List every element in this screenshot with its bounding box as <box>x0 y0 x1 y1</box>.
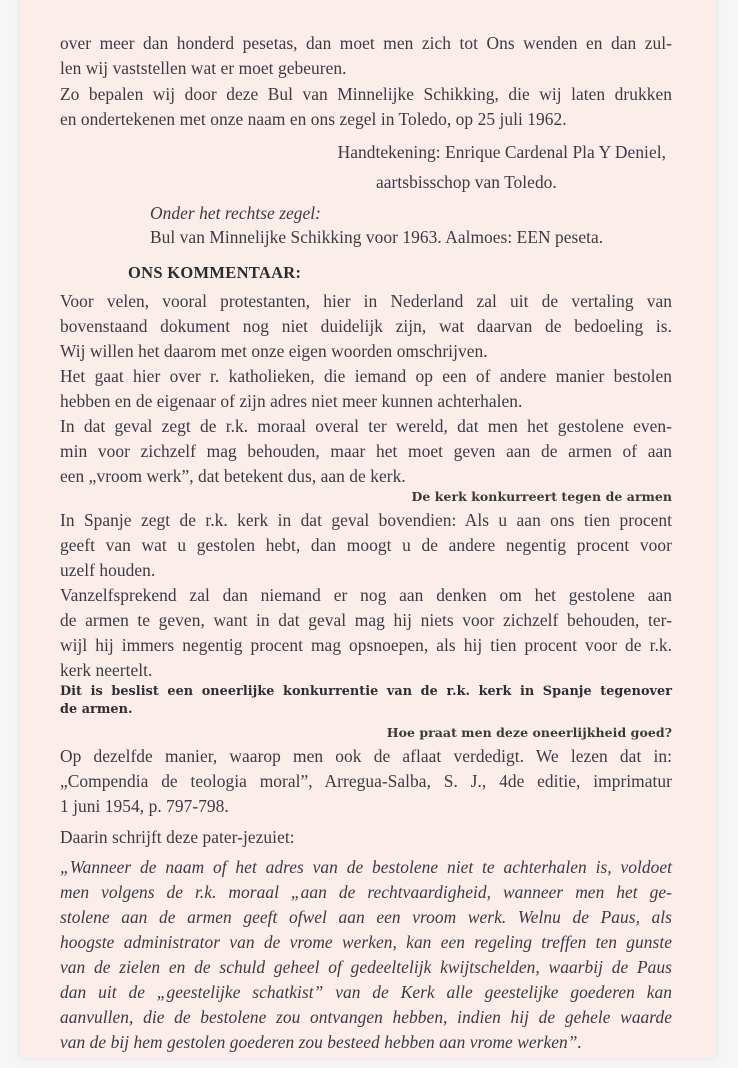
quote-line-1: „Wanneer de naam of het adres van de bes… <box>60 856 672 878</box>
quote-line-2: men volgens de r.k. moraal „aan de recht… <box>60 881 672 903</box>
section1-line-3: uzelf houden. <box>60 559 672 581</box>
commentary-line-1: Voor velen, vooral protestanten, hier in… <box>60 290 672 312</box>
section1-line-5: de armen te geven, want in dat geval mag… <box>60 609 672 631</box>
opening-line-4: en ondertekenen met onze naam en ons zeg… <box>60 108 672 130</box>
quote-line-8: van de bij hem gestolen goederen zou bes… <box>60 1031 672 1053</box>
section2-line-3: 1 juni 1954, p. 797-798. <box>60 795 672 817</box>
commentary-line-6: In dat geval zegt de r.k. moraal overal … <box>60 415 672 437</box>
seal-text: Bul van Minnelijke Schikking voor 1963. … <box>150 226 667 248</box>
commentary-line-8: een „vroom werk”, dat betekent dus, aan … <box>60 465 672 487</box>
commentary-line-2: bovenstaand dokument nog niet duidelijk … <box>60 315 672 337</box>
opening-line-3: Zo bepalen wij door deze Bul van Minneli… <box>60 83 672 105</box>
section2-line-1: Op dezelfde manier, waarop men ook de af… <box>60 745 672 767</box>
section1-line-1: In Spanje zegt de r.k. kerk in dat geval… <box>60 509 672 531</box>
section1-line-7: kerk neertelt. <box>60 659 672 681</box>
document-page: over meer dan honderd pesetas, dan moet … <box>20 0 716 1058</box>
quote-line-3: stolene aan de armen geeft ofwel aan een… <box>60 906 672 928</box>
quote-intro: Daarin schrijft deze pater-jezuiet: <box>60 826 672 848</box>
opening-line-2: len wij vaststellen wat er moet gebeuren… <box>60 57 672 79</box>
quote-line-4: hoogste administrator van de vrome werke… <box>60 931 672 953</box>
section1-line-2: geeft van wat u gestolen hebt, dan moogt… <box>60 534 672 556</box>
signature-line-1: Handtekening: Enrique Cardenal Pla Y Den… <box>60 141 666 163</box>
section2-line-2: „Compendia de teologia moral”, Arregua-S… <box>60 770 672 792</box>
opening-line-1: over meer dan honderd pesetas, dan moet … <box>60 32 672 54</box>
bold-statement-line-2: de armen. <box>60 699 672 721</box>
commentary-line-5: hebben en de eigenaar of zijn adres niet… <box>60 390 672 412</box>
signature-line-2: aartsbisschop van Toledo. <box>376 171 636 193</box>
quote-line-5: van de zielen en de schuld geheel of ged… <box>60 956 672 978</box>
section1-line-4: Vanzelfsprekend zal dan niemand er nog a… <box>60 584 672 606</box>
quote-line-6: dan uit de „geestelijke schatkist” van d… <box>60 981 672 1003</box>
subheading-church-competes: De kerk konkurreert tegen de armen <box>60 486 672 508</box>
commentary-line-7: min voor zichzelf mag behouden, maar het… <box>60 440 672 462</box>
quote-line-7: aanvullen, die de bestolene zou ontvange… <box>60 1006 672 1028</box>
commentary-line-3: Wij willen het daarom met onze eigen woo… <box>60 340 672 362</box>
seal-label: Onder het rechtse zegel: <box>150 202 550 224</box>
commentary-line-4: Het gaat hier over r. katholieken, die i… <box>60 365 672 387</box>
commentary-heading: ONS KOMMENTAAR: <box>128 262 428 284</box>
section1-line-6: wijl hij immers negentig procent mag ops… <box>60 634 672 656</box>
subheading-how-justified: Hoe praat men deze oneerlijkheid goed? <box>60 722 672 744</box>
